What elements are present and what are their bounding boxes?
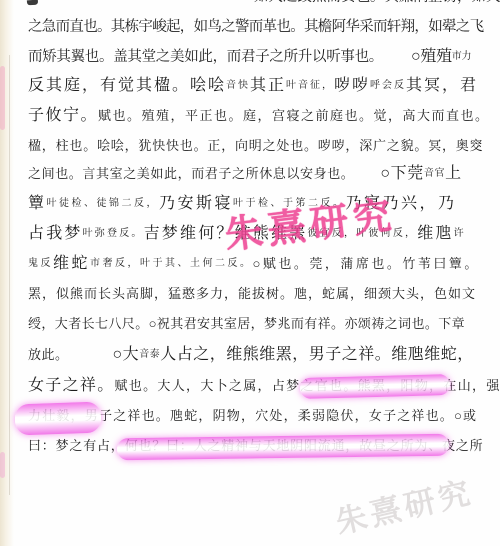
highlighter-mark [300,374,450,399]
text-line: 罴，似熊而长头高脚，猛憨多力，能拔树。虺，蛇属，细颈大头，色如文 [28,285,490,303]
scan-pink-smudge [0,452,5,478]
phonetic-note: 音官 [424,168,445,179]
text-segment: 之急而直也。其栋宇峻起，如鸟之警而革也。其檐阿华采而轩翔，如翚之飞 [28,19,483,35]
text-line: 反其庭，有觉其楹。哙哙音快其正叶音征，哕哕呼会反其冥，君 [28,77,490,95]
text-segment: ○大 [113,346,140,363]
text-segment: 反其庭，有觉其楹。哙哙 [28,77,226,94]
text-line: 子攸宁。赋也。殖殖，平正也。庭，宫寝之前庭也。觉，高大而直也。 [28,107,490,125]
commentary-segment: ○赋也。莞，蒲席也。竹苇曰簟。 [253,256,480,271]
phonetic-note: 叶弥登反。 [83,228,144,239]
phonetic-note: 叶徒检、徒锦二反， [47,198,160,209]
commentary-segment: 之间也。言其室之美如此，而君子之所休息以安身也。 [28,166,354,181]
text-line: 楹，柱也。哙哙，犹快快也。正，向明之处也。哕哕，深广之貌。冥，奥窔 [28,137,490,155]
commentary-segment: 放此。 [28,347,69,362]
text-segment: 维虺 [417,225,453,242]
text-line: 放此。○大音泰人占之，维熊维罴，男子之祥。维虺维蛇， [28,346,490,364]
highlighter-mark [14,402,101,436]
commentary-segment: 楹，柱也。哙哙，犹快快也。正，向明之处也。哕哕，深广之貌。冥，奥窔 [28,138,483,153]
phonetic-note: 鬼反 [28,258,53,269]
phonetic-note: 叶音征， [286,80,334,91]
text-line: 鬼反维蛇市奢反，叶于其、土何二反。○赋也。莞，蒲席也。竹苇曰簟。 [28,255,490,273]
text-segment: 簟 [28,195,47,212]
phonetic-note: 许 [454,228,466,239]
commentary-segment: 绶，大者长七八尺。○祝其君安其室居，梦兆而有祥。亦颂祷之词也。下章 [28,316,465,331]
phonetic-note: 音快 [226,80,250,91]
text-segment: 人占之，维熊维罴，男子之祥。维虺维蛇， [160,346,474,363]
text-segment: ○下莞 [380,165,423,182]
text-segment: 上 [445,165,462,182]
text-segment: ○殖殖 [411,48,452,65]
phonetic-note: 市力 [452,51,471,62]
highlighter-mark [117,434,449,461]
scanned-book-page: 如人之跂然而翼也。其廉隅整饬，如矢 之急而直也。其栋宇峻起，如鸟之警而革也。其檐… [0,0,500,546]
phonetic-note: 呼会反 [370,80,406,91]
text-segment: 女子之祥。 [28,377,115,394]
text-line: 如人之跂然而翼也。其廉隅整饬，如矢 [254,0,500,11]
text-segment: 而矫其翼也。盖其堂之美如此，而君子之所升以听事也。 [28,49,383,65]
text-segment: 维蛇 [53,255,90,272]
text-segment: 哕哕 [334,77,370,94]
text-line: 之间也。言其室之美如此，而君子之所休息以安身也。○下莞音官上 [28,165,490,183]
page-crease-line [9,55,10,495]
text-line: 之急而直也。其栋宇峻起，如鸟之警而革也。其檐阿华采而轩翔，如翚之飞 [28,18,490,36]
commentary-segment: 罴，似熊而长头高脚，猛憨多力，能拔树。虺，蛇属，细颈大头，色如文 [28,286,476,301]
phonetic-note: 音泰 [139,349,160,360]
phonetic-note: 市奢反，叶于其、土何二反。 [90,258,253,269]
text-line: 绶，大者长七八尺。○祝其君安其室居，梦兆而有祥。亦颂祷之词也。下章 [28,315,490,333]
watermark-zhuxi-research-gray: 朱熹研究 [331,467,478,542]
scan-pink-smudge [0,66,5,130]
text-segment: 其冥，君 [406,77,478,94]
text-line: 而矫其翼也。盖其堂之美如此，而君子之所升以听事也。○殖殖市力 [28,48,490,66]
text-segment: 其正 [250,77,286,94]
text-segment: 子攸宁。 [28,107,98,124]
page-edge-fragment [27,0,38,5]
text-segment: 占我梦 [28,225,83,242]
commentary-segment: 赋也。殖殖，平正也。庭，宫寝之前庭也。觉，高大而直也。 [98,108,490,123]
text-segment: 如人之跂然而翼也。其廉隅整饬，如矢 [254,0,500,5]
